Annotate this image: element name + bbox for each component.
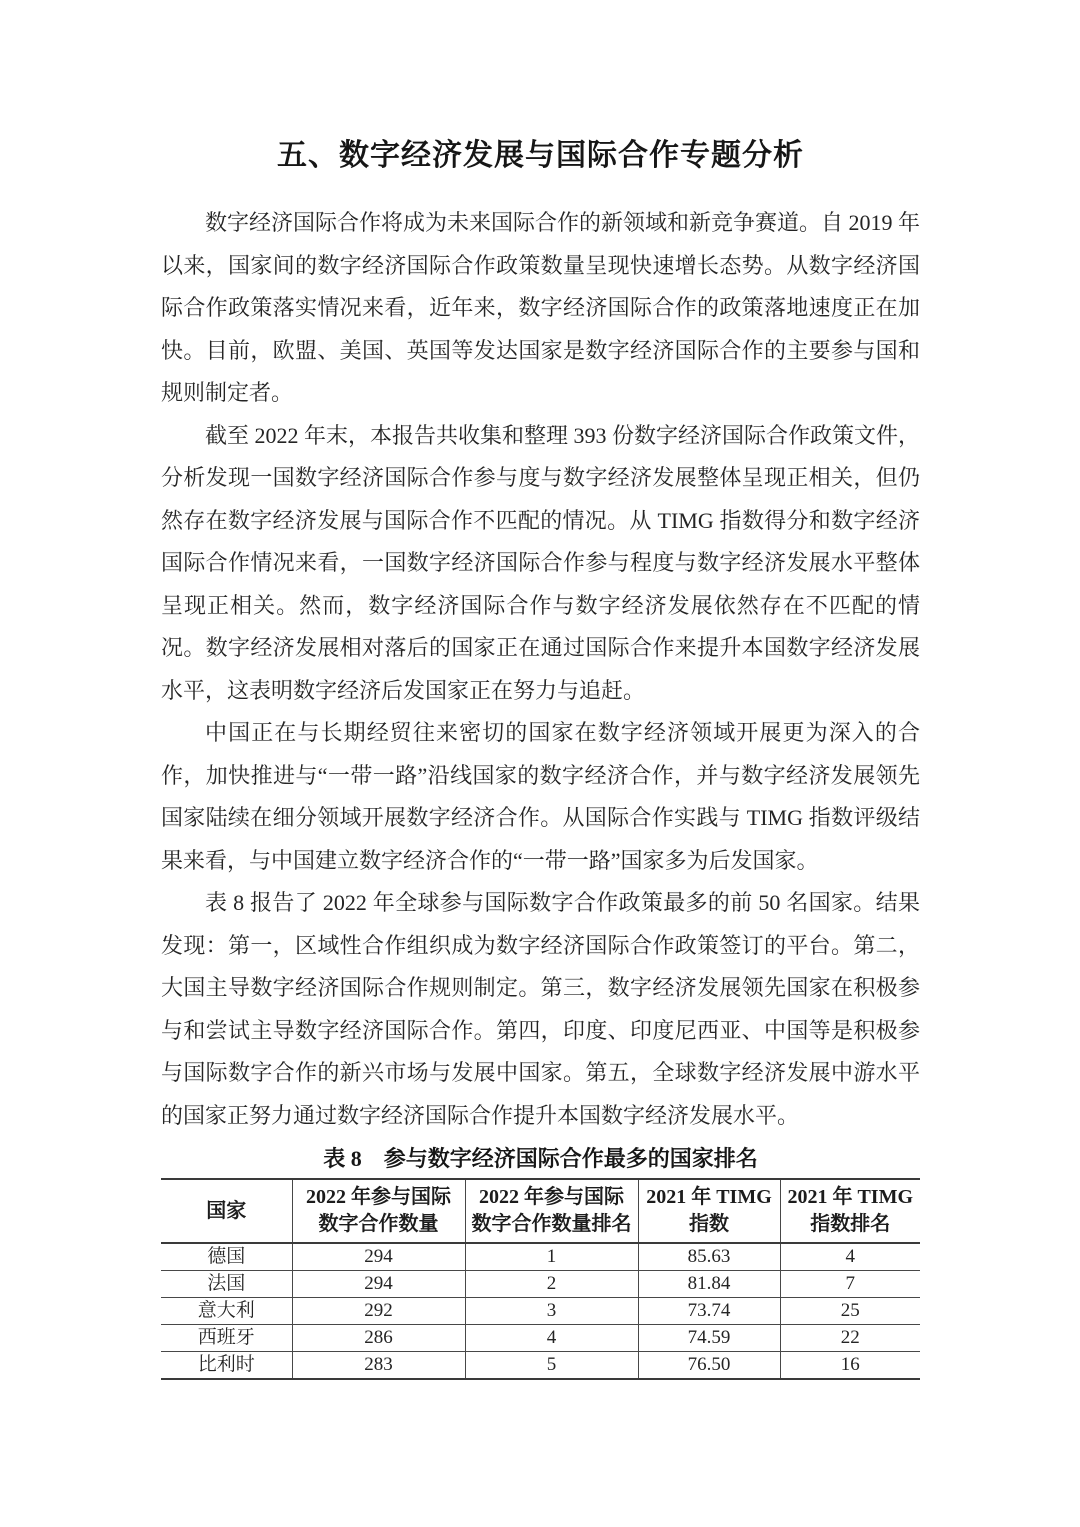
table-cell: 81.84 <box>638 1271 780 1298</box>
document-page: 五、数字经济发展与国际合作专题分析 数字经济国际合作将成为未来国际合作的新领域和… <box>0 0 1080 1527</box>
header-2022-count: 2022 年参与国际 数字合作数量 <box>292 1179 465 1243</box>
table-cell: 德国 <box>161 1243 292 1271</box>
page-title: 五、数字经济发展与国际合作专题分析 <box>161 136 920 176</box>
table-cell: 3 <box>465 1298 638 1325</box>
table-cell: 7 <box>780 1271 920 1298</box>
table-row: 法国 294 2 81.84 7 <box>161 1271 920 1298</box>
table-cell: 292 <box>292 1298 465 1325</box>
table-cell: 286 <box>292 1325 465 1352</box>
table-cell: 1 <box>465 1243 638 1271</box>
table-cell: 16 <box>780 1352 920 1380</box>
document-body: 数字经济国际合作将成为未来国际合作的新领域和新竞争赛道。自 2019 年以来，国… <box>161 202 920 1137</box>
table-cell: 294 <box>292 1243 465 1271</box>
paragraph: 表 8 报告了 2022 年全球参与国际数字合作政策最多的前 50 名国家。结果… <box>161 882 920 1137</box>
table-cell: 22 <box>780 1325 920 1352</box>
table-cell: 2 <box>465 1271 638 1298</box>
paragraph: 截至 2022 年末，本报告共收集和整理 393 份数字经济国际合作政策文件，分… <box>161 415 920 713</box>
table-cell: 4 <box>465 1325 638 1352</box>
table-header-row: 国家 2022 年参与国际 数字合作数量 2022 年参与国际 数字合作数量排名… <box>161 1179 920 1243</box>
table-cell: 比利时 <box>161 1352 292 1380</box>
table-cell: 73.74 <box>638 1298 780 1325</box>
table-row: 比利时 283 5 76.50 16 <box>161 1352 920 1380</box>
table-cell: 76.50 <box>638 1352 780 1380</box>
table-row: 意大利 292 3 73.74 25 <box>161 1298 920 1325</box>
table-cell: 西班牙 <box>161 1325 292 1352</box>
paragraph: 中国正在与长期经贸往来密切的国家在数字经济领域开展更为深入的合作，加快推进与“一… <box>161 712 920 882</box>
paragraph: 数字经济国际合作将成为未来国际合作的新领域和新竞争赛道。自 2019 年以来，国… <box>161 202 920 415</box>
table-cell: 4 <box>780 1243 920 1271</box>
header-2021-timg-rank: 2021 年 TIMG 指数排名 <box>780 1179 920 1243</box>
table-cell: 294 <box>292 1271 465 1298</box>
table-cell: 意大利 <box>161 1298 292 1325</box>
table-cell: 法国 <box>161 1271 292 1298</box>
table-cell: 74.59 <box>638 1325 780 1352</box>
table-caption: 表 8 参与数字经济国际合作最多的国家排名 <box>161 1143 920 1175</box>
header-2021-timg-index: 2021 年 TIMG 指数 <box>638 1179 780 1243</box>
table-cell: 283 <box>292 1352 465 1380</box>
header-2022-count-rank: 2022 年参与国际 数字合作数量排名 <box>465 1179 638 1243</box>
table-cell: 25 <box>780 1298 920 1325</box>
table-cell: 85.63 <box>638 1243 780 1271</box>
table-row: 西班牙 286 4 74.59 22 <box>161 1325 920 1352</box>
header-country: 国家 <box>161 1179 292 1243</box>
table-cell: 5 <box>465 1352 638 1380</box>
table-row: 德国 294 1 85.63 4 <box>161 1243 920 1271</box>
country-ranking-table: 国家 2022 年参与国际 数字合作数量 2022 年参与国际 数字合作数量排名… <box>161 1178 920 1380</box>
